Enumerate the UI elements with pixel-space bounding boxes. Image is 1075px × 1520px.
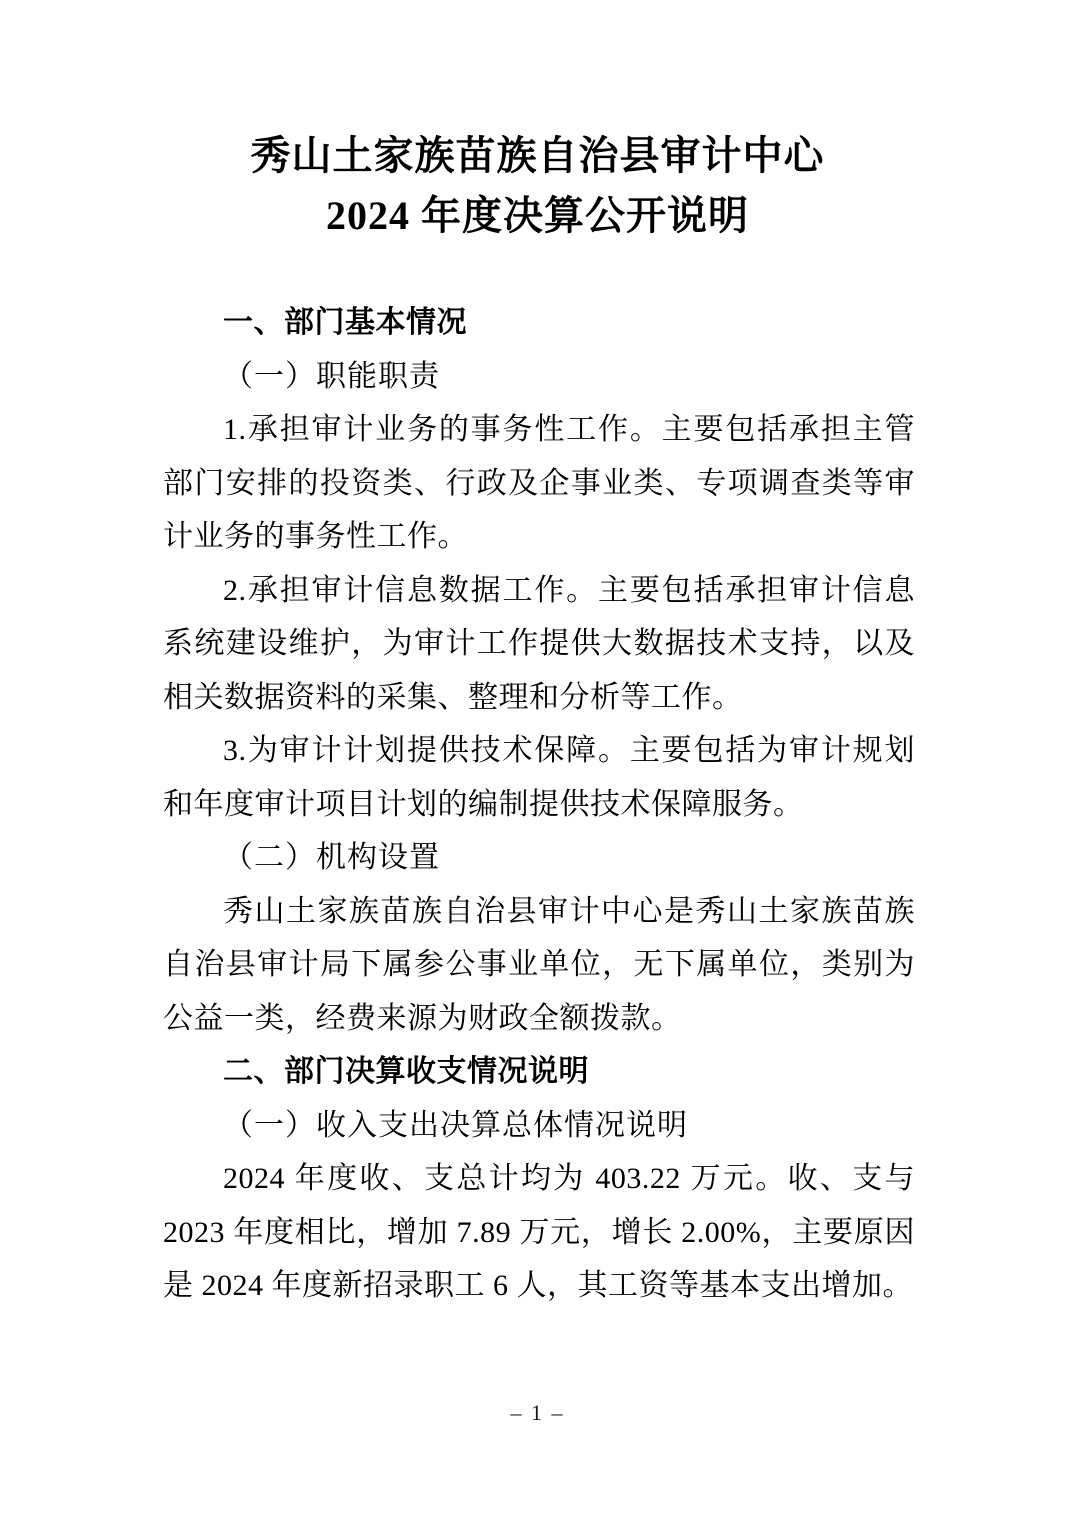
page-number: – 1 – (0, 1400, 1075, 1426)
paragraph-org-structure: 秀山土家族苗族自治县审计中心是秀山土家族苗族自治县审计局下属参公事业单位，无下属… (163, 885, 915, 1046)
paragraph-duties-1: 1.承担审计业务的事务性工作。主要包括承担主管部门安排的投资类、行政及企事业类、… (163, 403, 915, 564)
document-title: 秀山土家族苗族自治县审计中心 2024 年度决算公开说明 (0, 126, 1075, 246)
document-body: 一、部门基本情况 （一）职能职责 1.承担审计业务的事务性工作。主要包括承担主管… (163, 296, 915, 1313)
paragraph-duties-2: 2.承担审计信息数据工作。主要包括承担审计信息系统建设维护，为审计工作提供大数据… (163, 564, 915, 725)
section-heading-1: 一、部门基本情况 (163, 296, 915, 350)
section-heading-2: 二、部门决算收支情况说明 (163, 1045, 915, 1099)
document-title-line1: 秀山土家族苗族自治县审计中心 (0, 126, 1075, 186)
paragraph-budget-summary: 2024 年度收、支总计均为 403.22 万元。收、支与 2023 年度相比，… (163, 1152, 915, 1313)
subsection-heading-1-1: （一）职能职责 (163, 350, 915, 404)
paragraph-duties-3: 3.为审计计划提供技术保障。主要包括为审计规划和年度审计项目计划的编制提供技术保… (163, 724, 915, 831)
document-title-line2: 2024 年度决算公开说明 (0, 186, 1075, 246)
subsection-heading-1-2: （二）机构设置 (163, 831, 915, 885)
subsection-heading-2-1: （一）收入支出决算总体情况说明 (163, 1099, 915, 1153)
document-page: 秀山土家族苗族自治县审计中心 2024 年度决算公开说明 一、部门基本情况 （一… (0, 0, 1075, 1520)
